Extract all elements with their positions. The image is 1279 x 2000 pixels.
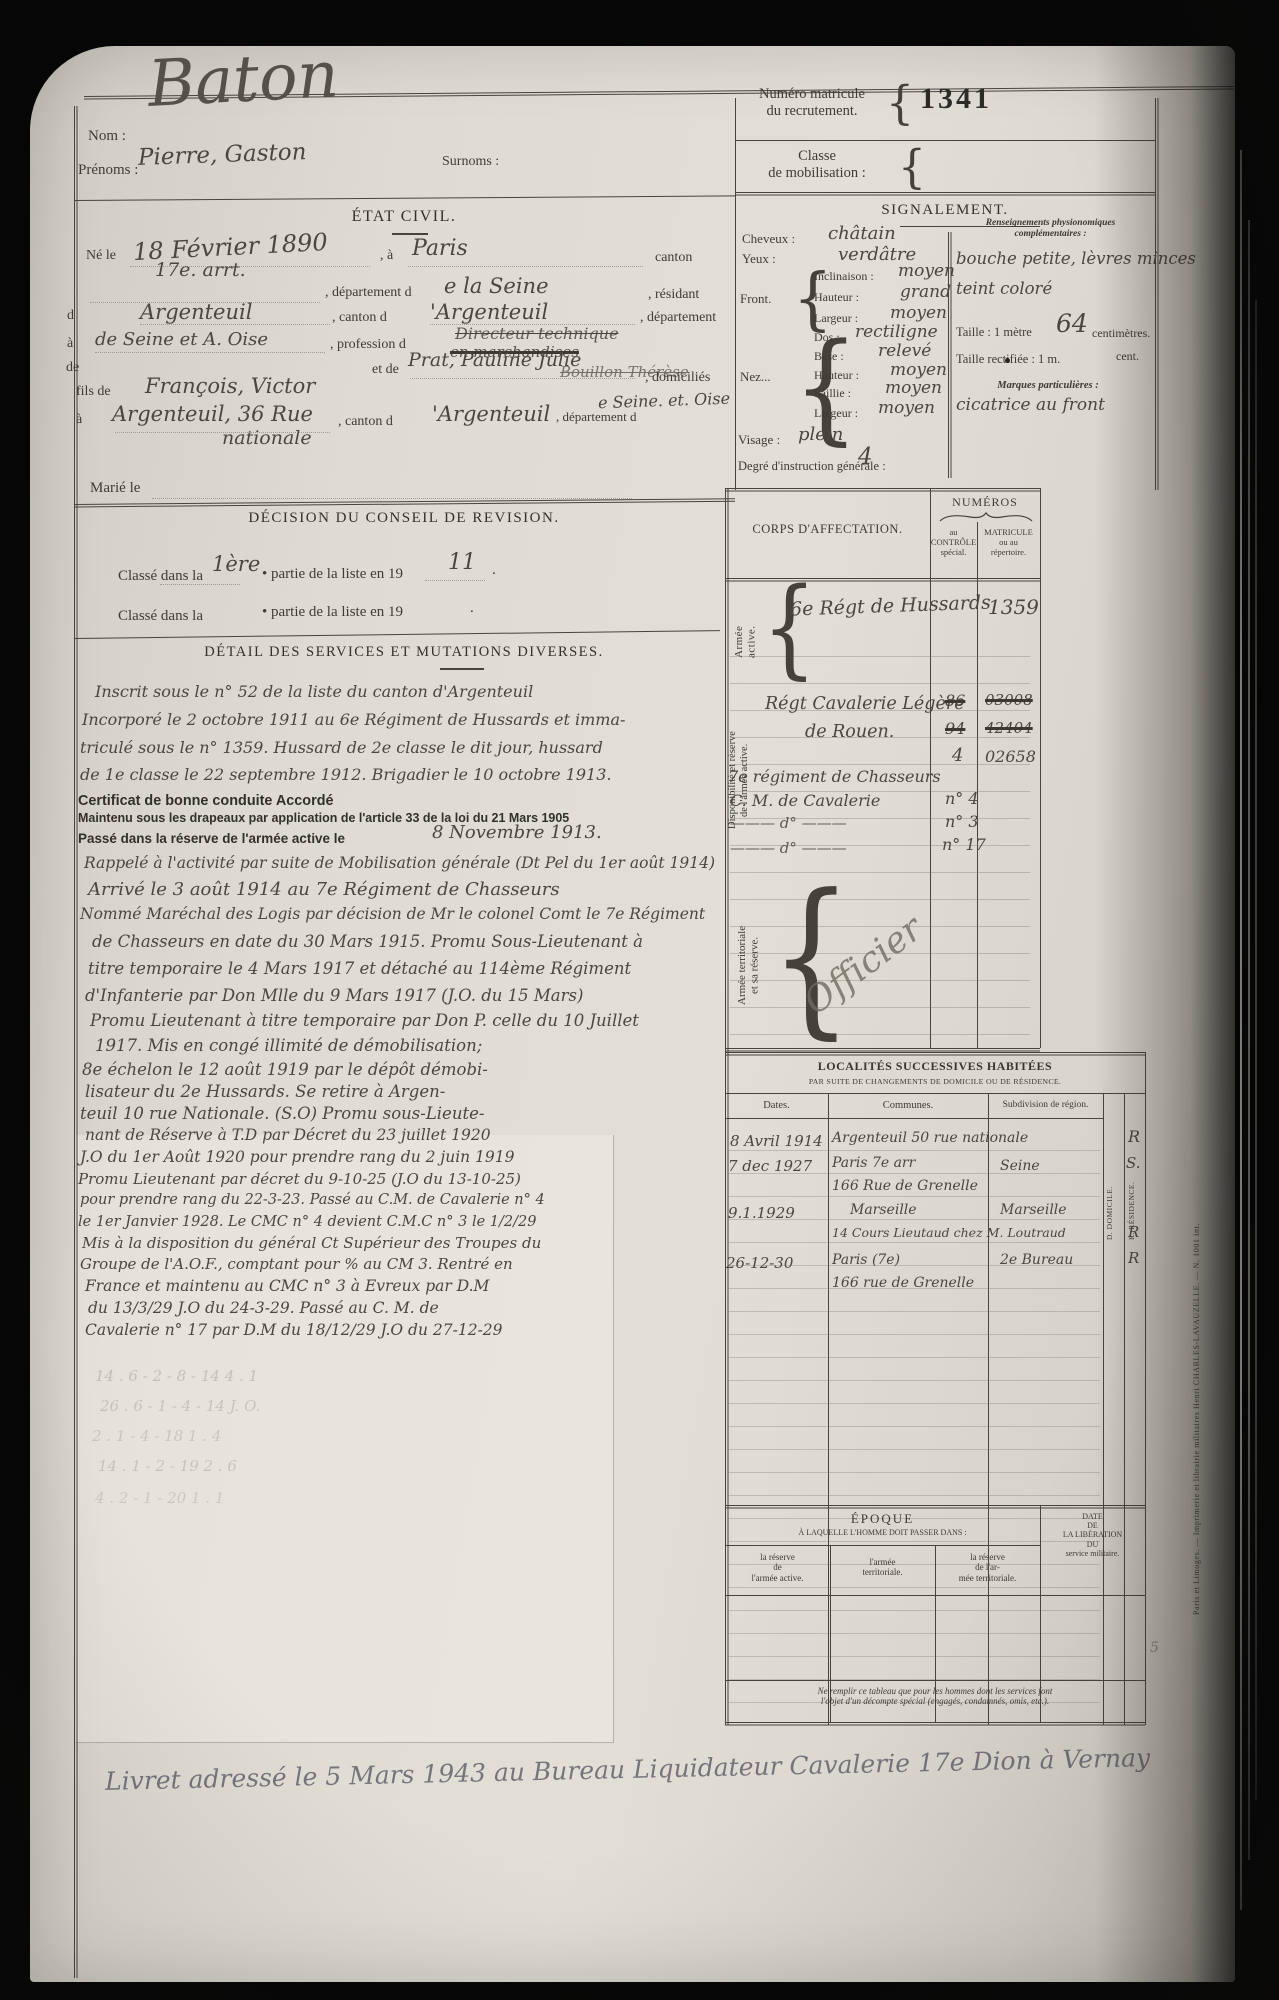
dot: . [470,600,474,617]
service-line: France et maintenu au CMC n° 3 à Evreux … [85,1278,489,1296]
domicile-col-label: D. DOMICILE. [1106,1100,1115,1240]
localites-date: 7 dec 1927 [728,1158,812,1175]
service-line: Incorporé le 2 octobre 1911 au 6e Régime… [82,711,625,729]
armee-territoriale-label: Armée territoriale et sa réserve. [736,888,761,1043]
service-line: de Chasseurs en date du 30 Mars 1915. Pr… [92,933,643,952]
services-title: DÉTAIL DES SERVICES ET MUTATIONS DIVERSE… [74,644,734,661]
dotted-line [95,352,325,353]
fils-de-label: fils de [76,384,111,400]
marie-label: Marié le [90,480,140,497]
nez-base-value: relevé [878,342,931,362]
service-line: pour prendre rang du 22-3-23. Passé au C… [80,1192,545,1209]
service-line: Inscrit sous le n° 52 de la liste du can… [95,683,533,701]
a3-label: à [76,412,82,428]
visage-label: Visage : [738,433,780,448]
nez-hauteur-label: Hauteur : [814,369,859,383]
faint-pencil-line: 2 . 1 - 4 - 18 1 . 4 [92,1428,221,1445]
dotted-line [140,324,330,325]
marques-label: Marques particulières : [958,380,1138,392]
profession-label: , profession d [330,337,406,353]
service-line: 1917. Mis en congé illimité de démobilis… [95,1037,482,1056]
localites-dr: R [1128,1128,1140,1146]
classe2-label: Classé dans la [118,608,203,625]
epoque-subtitle: À LAQUELLE L'HOMME DOIT PASSER DANS : [725,1528,1040,1537]
epoque-note: Ne remplir ce tableau que pour les homme… [725,1686,1145,1707]
classe1-label: Classé dans la [118,568,203,585]
faint-pencil-line: 4 . 2 - 1 - 20 1 . 1 [95,1490,224,1507]
departement2-value: de Seine et A. Oise [95,330,268,351]
brace-armee-active: { [762,566,817,691]
service-line: d'Infanterie par Don Mlle du 9 Mars 1917… [85,987,583,1006]
marques-value: cicatrice au front [956,396,1105,416]
canton-value: 'Argenteuil [430,300,548,324]
faint-pencil-line: 14 . 1 - 2 - 19 2 . 6 [98,1458,237,1475]
departement-label: , département d [325,285,412,301]
nez-dos-value: rectiligne [855,323,938,343]
service-line: Promu Lieutenant par décret du 9-10-25 (… [78,1171,521,1188]
front-label: Front. [740,292,771,307]
brace-numero: { [886,77,914,131]
corps-row-ditto: ——— d° ——— [730,815,847,832]
departement3-label: , département d [556,410,637,425]
matricule-col-label: MATRICULE ou au répertoire. [977,528,1040,557]
nez-largeur-label: Largeur : [814,407,858,421]
corps-row-num: n° 3 [945,813,979,831]
date-liberation-label: DATE DE LA LIBÉRATION DU service militai… [1040,1512,1145,1558]
front-hauteur-value: grand [900,283,951,303]
nez-largeur-value: moyen [878,399,935,419]
classe2-suite: • partie de la liste en 19 [262,604,403,621]
localites-commune: Marseille [850,1202,917,1218]
localites-commune-2: 14 Cours Lieutaud chez M. Loutraud [832,1226,1066,1240]
ne-le-label: Né le [86,248,116,264]
nez-dos-label: Dos : [814,331,840,345]
communes-col-header: Communes. [828,1100,988,1112]
degre-instruction-value: 4 [858,444,873,470]
localites-dr: R [1128,1224,1139,1241]
localites-subdivision: Seine [1000,1158,1040,1174]
et-de-label: et de [372,362,399,378]
service-stamp: Passé dans la réserve de l'armée active … [78,830,345,846]
a-label: , à [380,248,393,264]
departement2-label: , département [640,310,716,326]
service-line: 8e échelon le 12 août 1919 par le dépôt … [82,1061,488,1080]
brace-classe: { [898,141,926,195]
corps-affectation-title: CORPS D'AFFECTATION. [725,522,930,536]
canton-d-label: , canton d [332,310,387,326]
service-line: le 1er Janvier 1928. Le CMC n° 4 devient… [78,1214,536,1231]
controle-raye: 86 [945,692,965,710]
numero-matricule-value: 1341 [920,82,992,117]
service-line: J.O du 1er Août 1920 pour prendre rang d… [80,1149,515,1167]
taille-rectifiee-suffix: cent. [1116,350,1139,364]
signalement-title: SIGNALEMENT. [735,202,1155,219]
service-line: Promu Lieutenant à titre temporaire par … [90,1012,639,1031]
taille-value: 64 [1056,310,1088,339]
page-edge-streak [1248,220,1250,1860]
matricule-raye: 42404 [985,720,1033,737]
service-line: 8 Novembre 1913. [432,823,602,844]
nez-label: Nez... [740,370,771,385]
canton2-value: 'Argenteuil [432,402,550,426]
nom-label: Nom : [88,128,126,145]
scanned-register-page: Baton Nom : Prénoms : Pierre, Gaston Sur… [0,0,1279,2000]
residant-label: , résidant [648,287,699,303]
page-edge-streak [1240,150,1242,1910]
classe-mobilisation-label: Classe de mobilisation : [742,148,892,181]
corps-row-nom: C. M. de Cavalerie [730,792,880,810]
localites-dr: R [1128,1250,1139,1267]
taille-label: Taille : 1 mètre [956,325,1032,339]
taille-suffix: centimètres. [1092,327,1150,341]
faint-pencil-line: 26 . 6 - 1 - 4 - 14 J. O. [100,1398,260,1415]
profession-rayee-1: Directeur technique [455,325,619,343]
mere-value: Prat, Pauline Julie [408,350,581,372]
front-largeur-value: moyen [890,304,947,324]
nez-saillie-label: Saillie : [814,387,851,401]
localites-date: 9.1.1929 [728,1205,795,1222]
corps-row-matricule: 1359 [988,596,1039,619]
de-label: de [66,360,79,376]
front-hauteur-label: Hauteur : [814,291,859,305]
canton-d2-label: , canton d [338,414,393,430]
localites-subdivision: 2e Bureau [1000,1252,1073,1268]
matricule-value: 02658 [985,748,1036,766]
service-line: Cavalerie n° 17 par D.M du 18/12/29 J.O … [85,1322,503,1340]
corps-row-num: n° 4 [945,790,979,808]
departement-value: e la Seine [444,274,549,298]
service-line: du 13/3/29 J.O du 24-3-29. Passé au C. M… [88,1300,439,1318]
localites-dr: S. [1126,1155,1141,1172]
localites-commune-2: 166 rue de Grenelle [832,1275,974,1291]
epoque-title: ÉPOQUE [725,1512,1040,1527]
corps-row-nom2: de Rouen. [805,722,894,742]
commune-residence: Argenteuil [140,300,252,324]
domicilies-label: , domiciliés [645,370,710,386]
localites-commune: Paris 7e arr [832,1155,915,1171]
visage-value: plein [798,425,843,446]
printer-imprint: Paris et Limoges. — Imprimerie et librai… [1192,1055,1201,1615]
d-label: d [67,308,74,324]
yeux-label: Yeux : [742,252,776,267]
dot: . [492,562,496,579]
inclinaison-label: Inclinaison : [814,270,874,284]
a2-label: à [67,336,73,352]
localites-commune-2: 166 Rue de Grenelle [832,1178,978,1194]
localites-subdivision: Marseille [1000,1202,1067,1218]
controle-col-label: au CONTRÔLE spécial. [930,528,977,557]
arrondissement: 17e. arrt. [155,260,246,282]
canton-label: canton [655,250,692,266]
name-signature: Baton [146,39,340,122]
service-line: de 1e classe le 22 septembre 1912. Briga… [80,766,611,784]
service-line: Groupe de l'A.O.F., comptant pour % au C… [80,1256,513,1273]
service-line: Rappelé à l'activité par suite de Mobili… [84,855,715,873]
corps-row-num: n° 17 [942,836,986,854]
corps-row-ditto: ——— d° ——— [730,840,847,857]
epoque-col3-label: la réserve de l'ar- mée territoriale. [935,1552,1040,1583]
service-stamp: Certificat de bonne conduite Accordé [78,792,334,809]
surnoms-label: Surnoms : [442,154,499,170]
epoque-col2-label: l'armée territoriale. [830,1557,935,1578]
lieu-naissance: Paris [412,236,468,261]
dotted-line [115,432,330,433]
service-line: Nommé Maréchal des Logis par décision de… [80,906,705,924]
localites-date: 26-12-30 [726,1255,793,1272]
numeros-title: NUMÉROS [930,496,1040,510]
classe1-suite: • partie de la liste en 19 [262,566,403,583]
localites-commune: Paris (7e) [832,1252,900,1268]
service-line: titre temporaire le 4 Mars 1917 et détac… [88,960,631,979]
nez-base-label: Base : [814,350,844,364]
dotted-line [152,498,632,499]
localites-date: 8 Avril 1914 [730,1133,823,1150]
nez-saillie-value: moyen [885,379,942,399]
corps-row-nom: Régt Cavalerie Légère [765,694,965,714]
dotted-line [160,584,240,585]
dotted-line [425,580,485,581]
classe1-valeur: 1ère [212,552,260,576]
service-line: Arrivé le 3 août 1914 au 7e Régiment de … [88,880,560,901]
controle-raye: 94 [945,720,965,738]
service-line: teuil 10 rue Nationale. (S.O) Promu sous… [80,1105,484,1124]
etat-civil-title: ÉTAT CIVIL. [74,208,734,226]
cheveux-value: châtain [828,224,896,245]
localites-title: LOCALITÉS SUCCESSIVES HABITÉES [725,1060,1145,1074]
service-line: nant de Réserve à T.D par Décret du 23 j… [85,1127,491,1145]
localites-subtitle: PAR SUITE DE CHANGEMENTS DE DOMICILE OU … [725,1078,1145,1087]
service-line: lisateur du 2e Hussards. Se retire à Arg… [85,1083,445,1102]
dotted-line [408,266,643,267]
cheveux-label: Cheveux : [742,232,795,247]
renseignements-2: teint coloré [956,280,1052,299]
domicile-value: Argenteuil, 36 Rue [112,402,313,426]
dates-col-header: Dates. [725,1100,828,1112]
renseignements-1: bouche petite, lèvres minces [956,250,1196,269]
corps-row-nom: 7e régiment de Chasseurs [728,768,941,786]
localites-commune: Argenteuil 50 rue nationale [832,1130,1028,1146]
page-edge-streak [1255,300,1257,1800]
page-mark: 5 [1150,1640,1159,1656]
subdivision-col-header: Subdivision de région. [988,1100,1103,1111]
inclinaison-value: moyen [898,262,955,282]
classe1-annee: 11 [448,550,476,575]
service-line: Mis à la disposition du général Ct Supér… [82,1235,541,1252]
decision-title: DÉCISION DU CONSEIL DE REVISION. [74,510,734,527]
ink-speck [1005,358,1010,363]
service-line: triculé sous le n° 1359. Hussard de 2e c… [80,739,603,757]
faint-pencil-line: 14 . 6 - 2 - 8 - 14 4 . 1 [95,1368,258,1385]
pere-value: François, Victor [145,374,315,398]
numero-matricule-label: Numéro matricule du recrutement. [742,86,882,119]
epoque-col1-label: la réserve de l'armée active. [725,1552,830,1583]
prenoms-label: Prénoms : [78,162,138,179]
dotted-line [410,378,635,379]
matricule-raye: 03008 [985,692,1033,709]
renseignements-label: Renseignements physionomiques complément… [958,218,1143,240]
controle-value: 4 [952,746,963,767]
